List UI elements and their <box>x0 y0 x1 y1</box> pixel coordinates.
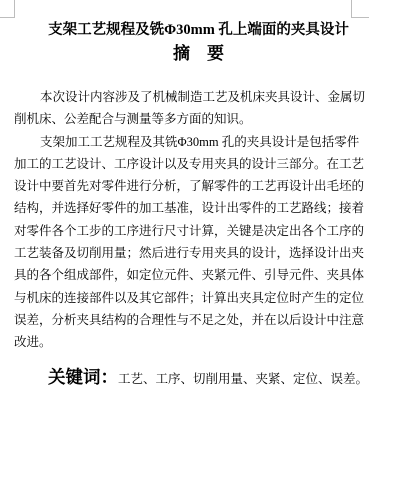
abstract-line: 支架加工工艺规程及其铣Φ30mm 孔的夹具设计是包括零件 <box>14 131 384 153</box>
abstract-line: 与机床的连接部件以及其它部件；计算出夹具定位时产生的定位 <box>14 287 384 309</box>
keywords-content: 工艺、工序、切削用量、夹紧、定位、误差。 <box>118 372 368 386</box>
abstract-line: 设计中要首先对零件进行分析，了解零件的工艺再设计出毛坯的 <box>14 175 384 197</box>
margin-crop-mark-top-left <box>0 0 15 18</box>
keywords-line: 关键词：工艺、工序、切削用量、夹紧、定位、误差。 <box>14 363 384 393</box>
document-title: 支架工艺规程及铣Φ30mm 孔上端面的夹具设计 <box>0 20 397 40</box>
keywords-label: 关键词： <box>48 367 118 387</box>
abstract-line: 对零件各个工步的工序进行尺寸计算，关键是决定出各个工序的 <box>14 220 384 242</box>
margin-crop-mark-top-right <box>351 0 369 18</box>
abstract-line: 工艺装备及切削用量；然后进行专用夹具的设计，选择设计出夹 <box>14 242 384 264</box>
abstract-line: 具的各个组成部件，如定位元件、夹紧元件、引导元件、夹具体 <box>14 264 384 286</box>
abstract-line: 改进。 <box>14 331 384 353</box>
document-page: 支架工艺规程及铣Φ30mm 孔上端面的夹具设计 摘 要 本次设计内容涉及了机械制… <box>0 0 397 487</box>
abstract-line: 削机床、公差配合与测量等多方面的知识。 <box>14 108 384 130</box>
abstract-body: 本次设计内容涉及了机械制造工艺及机床夹具设计、金属切削机床、公差配合与测量等多方… <box>14 86 384 354</box>
abstract-line: 结构，并选择好零件的加工基准，设计出零件的工艺路线；接着 <box>14 197 384 219</box>
abstract-heading: 摘 要 <box>0 42 397 66</box>
abstract-line: 误差，分析夹具结构的合理性与不足之处，并在以后设计中注意 <box>14 309 384 331</box>
abstract-line: 本次设计内容涉及了机械制造工艺及机床夹具设计、金属切 <box>14 86 384 108</box>
abstract-line: 加工的工艺设计、工序设计以及专用夹具的设计三部分。在工艺 <box>14 153 384 175</box>
